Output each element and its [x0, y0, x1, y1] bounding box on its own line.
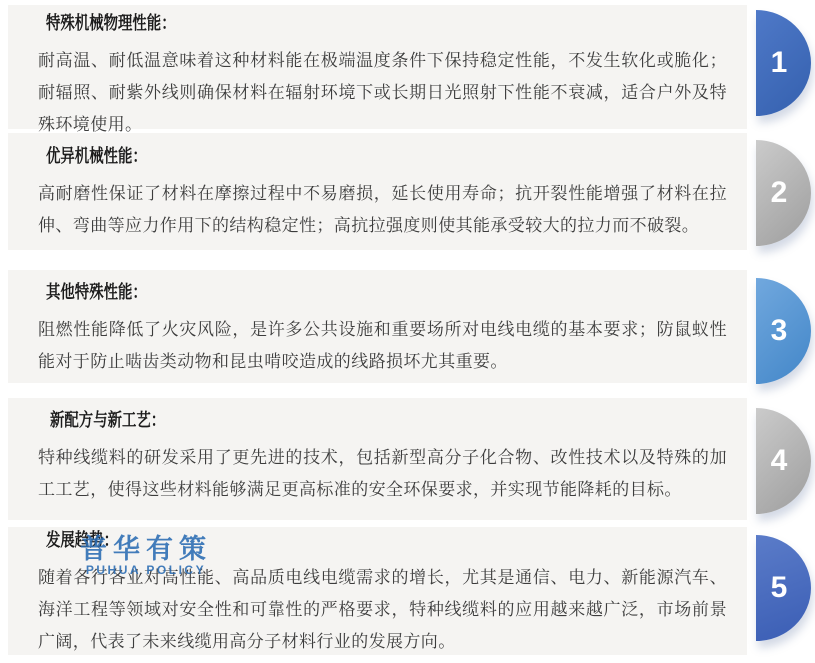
step-badge-2: 2 [756, 140, 811, 246]
section-body-4: 特种线缆料的研发采用了更先进的技术，包括新型高分子化合物、改性技术以及特殊的加工… [38, 442, 727, 506]
section-title-2: 优异机械性能： [46, 146, 591, 166]
step-number-3: 3 [764, 314, 794, 348]
step-number-2: 2 [764, 176, 794, 210]
section-card-2: 优异机械性能： 高耐磨性保证了材料在摩擦过程中不易磨损，延长使用寿命；抗开裂性能… [8, 133, 747, 250]
section-card-5: 发展趋势： 随着各行各业对高性能、高品质电线电缆需求的增长，尤其是通信、电力、新… [8, 527, 747, 655]
section-body-2: 高耐磨性保证了材料在摩擦过程中不易磨损，延长使用寿命；抗开裂性能增强了材料在拉伸… [38, 178, 727, 242]
section-title-1: 特殊机械物理性能： [46, 13, 591, 33]
step-badge-1: 1 [756, 10, 811, 116]
step-number-5: 5 [764, 571, 794, 605]
step-badge-5: 5 [756, 535, 811, 641]
section-body-1: 耐高温、耐低温意味着这种材料能在极端温度条件下保持稳定性能，不发生软化或脆化；耐… [38, 45, 727, 141]
step-number-4: 4 [764, 444, 794, 478]
section-card-3: 其他特殊性能： 阻燃性能降低了火灾风险，是许多公共设施和重要场所对电线电缆的基本… [8, 270, 747, 383]
section-card-1: 特殊机械物理性能： 耐高温、耐低温意味着这种材料能在极端温度条件下保持稳定性能，… [8, 5, 747, 129]
section-body-5: 随着各行各业对高性能、高品质电线电缆需求的增长，尤其是通信、电力、新能源汽车、海… [38, 562, 727, 658]
section-title-5: 发展趋势： [46, 530, 591, 550]
infographic-page: 特殊机械物理性能： 耐高温、耐低温意味着这种材料能在极端温度条件下保持稳定性能，… [0, 0, 815, 663]
step-badge-4: 4 [756, 408, 811, 514]
section-title-4: 新配方与新工艺： [50, 410, 592, 430]
section-body-3: 阻燃性能降低了火灾风险，是许多公共设施和重要场所对电线电缆的基本要求；防鼠蚁性能… [38, 314, 727, 378]
step-badge-3: 3 [756, 278, 811, 384]
section-card-4: 新配方与新工艺： 特种线缆料的研发采用了更先进的技术，包括新型高分子化合物、改性… [8, 398, 747, 520]
step-number-1: 1 [764, 46, 794, 80]
section-title-3: 其他特殊性能： [46, 282, 591, 302]
